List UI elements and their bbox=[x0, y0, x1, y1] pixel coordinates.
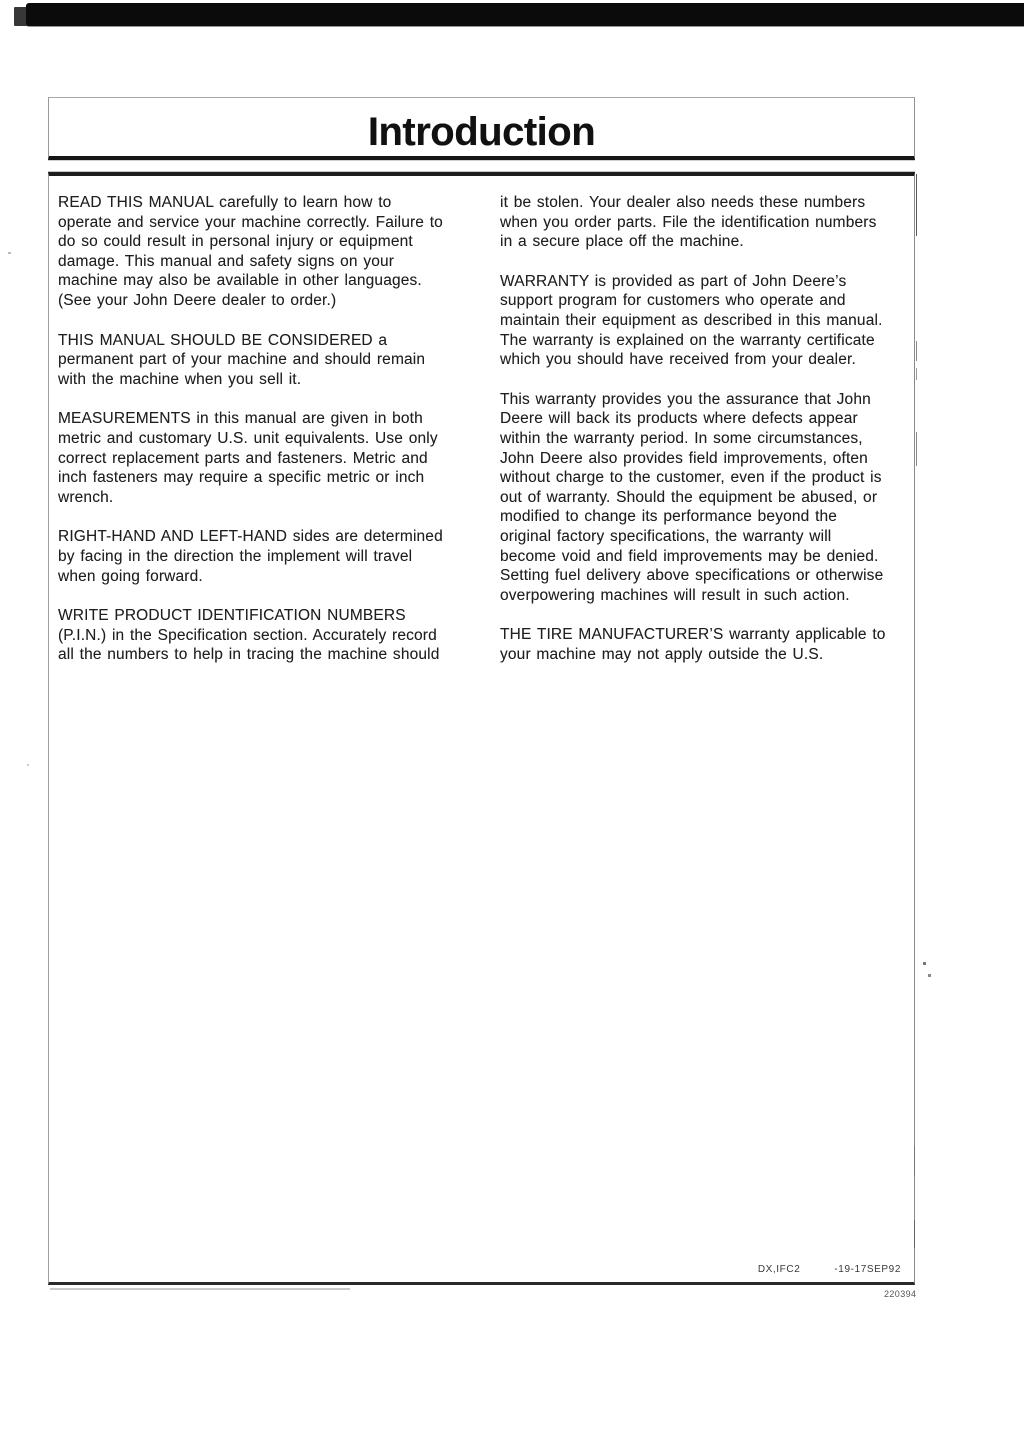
doc-footer: DX,IFC2-19-17SEP92 bbox=[758, 1264, 901, 1275]
footer-doc-code: DX,IFC2 bbox=[758, 1264, 801, 1275]
scan-artifact-right-dash bbox=[916, 432, 917, 466]
paragraph-manual-considered: THIS MANUAL SHOULD BE CONSIDERED a perma… bbox=[58, 331, 474, 390]
page-number: 220394 bbox=[884, 1289, 916, 1299]
scan-artifact-right-dash bbox=[914, 1146, 915, 1176]
scan-artifact-dot bbox=[923, 962, 926, 965]
paragraph-right-left-hand: RIGHT-HAND AND LEFT-HAND sides are deter… bbox=[58, 527, 474, 586]
column-right: it be stolen. Your dealer also needs the… bbox=[500, 193, 916, 684]
footer-doc-date: -19-17SEP92 bbox=[834, 1264, 901, 1275]
scan-artifact-speck bbox=[27, 764, 29, 766]
page-title: Introduction bbox=[368, 100, 595, 155]
paragraph-stolen-numbers: it be stolen. Your dealer also needs the… bbox=[500, 193, 916, 252]
scan-artifact-dot bbox=[928, 974, 931, 977]
scan-artifact-right-dash bbox=[916, 368, 917, 380]
paragraph-write-pin: WRITE PRODUCT IDENTIFICATION NUMBERS (P.… bbox=[58, 606, 474, 665]
paragraph-warranty-provided: WARRANTY is provided as part of John Dee… bbox=[500, 272, 916, 370]
title-box: Introduction bbox=[48, 97, 915, 160]
scan-artifact-top-bar bbox=[26, 3, 1024, 26]
scan-artifact-right-line bbox=[916, 174, 917, 236]
column-left: READ THIS MANUAL carefully to learn how … bbox=[58, 193, 474, 685]
scan-artifact-speck bbox=[8, 252, 11, 254]
scan-artifact-right-dash bbox=[914, 1220, 915, 1248]
paragraph-measurements: MEASUREMENTS in this manual are given in… bbox=[58, 409, 474, 507]
paragraph-warranty-assurance: This warranty provides you the assurance… bbox=[500, 390, 916, 606]
content-box: READ THIS MANUAL carefully to learn how … bbox=[48, 172, 915, 1285]
paragraph-read-this-manual: READ THIS MANUAL carefully to learn how … bbox=[58, 193, 474, 311]
manual-page: Introduction READ THIS MANUAL carefully … bbox=[0, 0, 1024, 1449]
scan-artifact-bottom-smudge bbox=[50, 1288, 350, 1290]
paragraph-tire-manufacturer: THE TIRE MANUFACTURER’S warranty applica… bbox=[500, 625, 916, 664]
scan-artifact-right-dash bbox=[916, 341, 917, 361]
